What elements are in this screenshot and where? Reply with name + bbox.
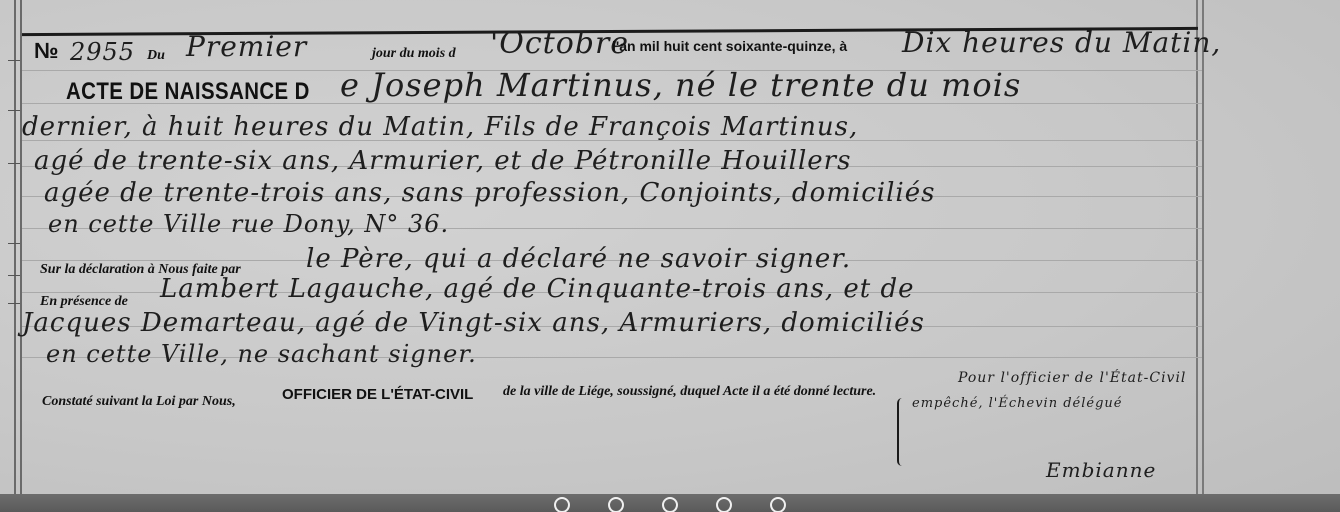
viewer-bottom-bar bbox=[0, 494, 1340, 512]
pagination-dot-3[interactable] bbox=[662, 497, 678, 512]
right-rule bbox=[1202, 0, 1204, 512]
brace-mark bbox=[897, 398, 907, 466]
constate-label: Constaté suivant la Loi par Nous, bbox=[42, 394, 236, 410]
witness1-handwritten: Lambert Lagauche, agé de Cinquante-trois… bbox=[160, 274, 914, 304]
margin-tick bbox=[8, 243, 20, 244]
pagination-dots bbox=[0, 497, 1340, 512]
margin-rule bbox=[20, 0, 22, 512]
margin-tick bbox=[8, 60, 20, 61]
day-handwritten: Premier bbox=[186, 30, 307, 63]
year-text: l'an mil huit cent soixante-quinze, à bbox=[612, 38, 847, 54]
declarant-handwritten: le Père, qui a déclaré ne savoir signer. bbox=[306, 244, 851, 274]
act-title: ACTE DE NAISSANCE D bbox=[66, 78, 310, 106]
birth-time-handwritten: dernier, à huit heures du Matin, Fils de… bbox=[22, 112, 858, 142]
witness2-handwritten: Jacques Demarteau, agé de Vingt-six ans,… bbox=[22, 308, 925, 338]
signature-handwritten: Embianne bbox=[1046, 458, 1156, 482]
jour-du-mois-label: jour du mois d bbox=[372, 46, 456, 62]
image-viewer: № 2955 Du Premier jour du mois d 'Octobr… bbox=[0, 0, 1340, 512]
du-label: Du bbox=[147, 48, 165, 64]
number-label: № bbox=[34, 38, 59, 64]
officer-note-handwritten-2: empêché, l'Échevin délégué bbox=[912, 396, 1122, 411]
officer-note-handwritten: Pour l'officier de l'État-Civil bbox=[958, 370, 1186, 386]
father-details-handwritten: agé de trente-six ans, Armurier, et de P… bbox=[34, 146, 851, 176]
witness-closing-handwritten: en cette Ville, ne sachant signer. bbox=[46, 340, 477, 368]
constate-label-2: de la ville de Liége, soussigné, duquel … bbox=[503, 384, 876, 400]
pagination-dot-5[interactable] bbox=[770, 497, 786, 512]
hour-handwritten: Dix heures du Matin, bbox=[902, 26, 1221, 59]
margin-tick bbox=[8, 275, 20, 276]
margin-tick bbox=[8, 163, 20, 164]
month-handwritten: 'Octobre bbox=[490, 26, 629, 61]
officer-title: OFFICIER DE L'ÉTAT-CIVIL bbox=[282, 386, 473, 403]
scanned-document-page[interactable]: № 2955 Du Premier jour du mois d 'Octobr… bbox=[0, 0, 1340, 512]
pagination-dot-1[interactable] bbox=[554, 497, 570, 512]
mother-details-handwritten: agée de trente-trois ans, sans professio… bbox=[44, 178, 935, 208]
record-number: 2955 bbox=[70, 38, 135, 66]
pagination-dot-4[interactable] bbox=[716, 497, 732, 512]
address-handwritten: en cette Ville rue Dony, N° 36. bbox=[48, 210, 449, 238]
margin-rule bbox=[14, 0, 16, 512]
margin-tick bbox=[8, 303, 20, 304]
pagination-dot-2[interactable] bbox=[608, 497, 624, 512]
child-name-handwritten: e Joseph Martinus, né le trente du mois bbox=[340, 66, 1021, 104]
right-rule bbox=[1196, 0, 1198, 512]
margin-tick bbox=[8, 110, 20, 111]
